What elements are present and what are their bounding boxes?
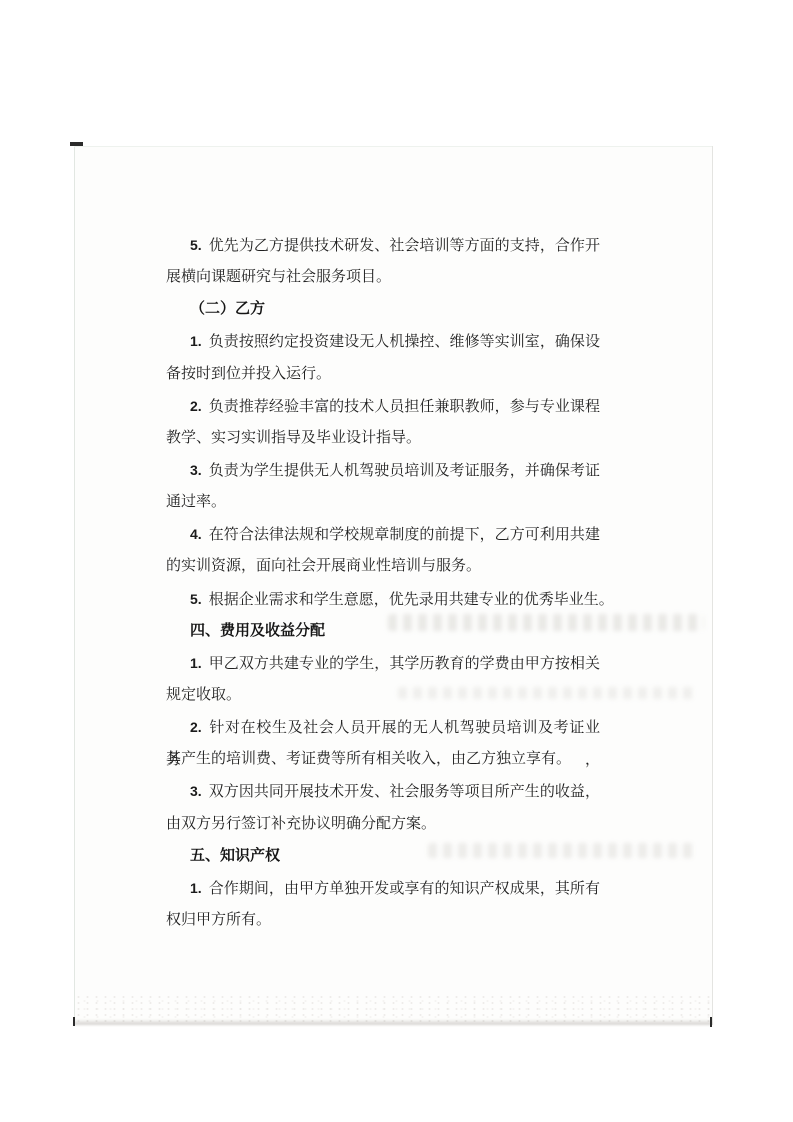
line-text: 优先为乙方提供技术研发、社会培训等方面的支持，合作开 <box>209 238 600 254</box>
list-number: 1. <box>190 655 202 671</box>
line-text: （二）乙方 <box>190 301 265 317</box>
list-number: 3. <box>190 462 202 478</box>
document-line: 由双方另行签订补充协议明确分配方案。 <box>166 808 600 840</box>
document-line: 2.负责推荐经验丰富的技术人员担任兼职教师，参与专业课程 <box>166 390 600 422</box>
line-text: 权归甲方所有。 <box>166 912 271 928</box>
document-line: 1.负责按照约定投资建设无人机操控、维修等实训室，确保设 <box>166 325 600 357</box>
line-text: 甲乙双方共建专业的学生，其学历教育的学费由甲方按相关 <box>209 656 600 672</box>
document-line: 展横向课题研究与社会服务项目。 <box>166 261 600 293</box>
document-body: 5.优先为乙方提供技术研发、社会培训等方面的支持，合作开展横向课题研究与社会服务… <box>166 229 600 936</box>
line-text: 五、知识产权 <box>190 848 280 864</box>
document-line: 备按时到位并投入运行。 <box>166 358 600 390</box>
line-text: 的实训资源，面向社会开展商业性培训与服务。 <box>166 558 481 574</box>
line-text: 四、费用及收益分配 <box>190 623 325 639</box>
line-text: 负责按照约定投资建设无人机操控、维修等实训室，确保设 <box>209 334 600 350</box>
page-edge-right <box>712 146 713 1025</box>
list-number: 4. <box>190 526 202 542</box>
document-line: 3.负责为学生提供无人机驾驶员培训及考证服务，并确保考证 <box>166 454 600 486</box>
document-line: 5.优先为乙方提供技术研发、社会培训等方面的支持，合作开 <box>166 229 600 261</box>
document-line: 4.在符合法律法规和学校规章制度的前提下，乙方可利用共建 <box>166 518 600 550</box>
list-number: 5. <box>190 237 202 253</box>
line-text: 备按时到位并投入运行。 <box>166 366 331 382</box>
document-line: 教学、实习实训指导及毕业设计指导。 <box>166 422 600 454</box>
line-text: 通过率。 <box>166 494 226 510</box>
line-text: 规定收取。 <box>166 687 241 703</box>
list-number: 5. <box>190 591 202 607</box>
line-text: 由双方另行签订补充协议明确分配方案。 <box>166 816 436 832</box>
document-line: 1.合作期间，由甲方单独开发或享有的知识产权成果，其所有 <box>166 872 600 904</box>
document-line: 权归甲方所有。 <box>166 904 600 936</box>
document-line: 3.双方因共同开展技术开发、社会服务等项目所产生的收益， <box>166 775 600 807</box>
line-text: 合作期间，由甲方单独开发或享有的知识产权成果，其所有 <box>209 881 600 897</box>
line-text: 负责推荐经验丰富的技术人员担任兼职教师，参与专业课程 <box>209 399 600 415</box>
line-text: 展横向课题研究与社会服务项目。 <box>166 269 391 285</box>
section-heading: 四、费用及收益分配 <box>166 615 600 647</box>
list-number: 1. <box>190 333 202 349</box>
document-line: 规定收取。 <box>166 679 600 711</box>
section-heading: （二）乙方 <box>166 293 600 325</box>
document-line: 5.根据企业需求和学生意愿，优先录用共建专业的优秀毕业生。 <box>166 583 600 615</box>
crop-mark-bottom-left <box>73 1017 75 1026</box>
list-number: 1. <box>190 880 202 896</box>
page-edge-left <box>74 146 75 1025</box>
list-number: 3. <box>190 783 202 799</box>
crop-mark-top-left <box>70 142 83 146</box>
document-line: 通过率。 <box>166 486 600 518</box>
document-line: 的实训资源，面向社会开展商业性培训与服务。 <box>166 550 600 582</box>
line-text: 双方因共同开展技术开发、社会服务等项目所产生的收益， <box>209 784 600 800</box>
line-text: 在符合法律法规和学校规章制度的前提下，乙方可利用共建 <box>209 527 600 543</box>
list-number: 2. <box>190 719 202 735</box>
page-edge-top <box>74 146 712 147</box>
document-line: 2.针对在校生及社会人员开展的无人机驾驶员培训及考证业务， <box>166 711 600 743</box>
line-text: 根据企业需求和学生意愿，优先录用共建专业的优秀毕业生。 <box>209 592 614 608</box>
line-text: 其产生的培训费、考证费等所有相关收入，由乙方独立享有。 <box>166 751 571 767</box>
crop-mark-bottom-right <box>710 1017 712 1027</box>
page-edge-bottom <box>74 1019 712 1025</box>
line-text: 负责为学生提供无人机驾驶员培训及考证服务，并确保考证 <box>209 463 600 479</box>
document-line: 其产生的培训费、考证费等所有相关收入，由乙方独立享有。 <box>166 743 600 775</box>
line-text: 教学、实习实训指导及毕业设计指导。 <box>166 430 421 446</box>
list-number: 2. <box>190 398 202 414</box>
section-heading: 五、知识产权 <box>166 840 600 872</box>
document-line: 1.甲乙双方共建专业的学生，其学历教育的学费由甲方按相关 <box>166 647 600 679</box>
